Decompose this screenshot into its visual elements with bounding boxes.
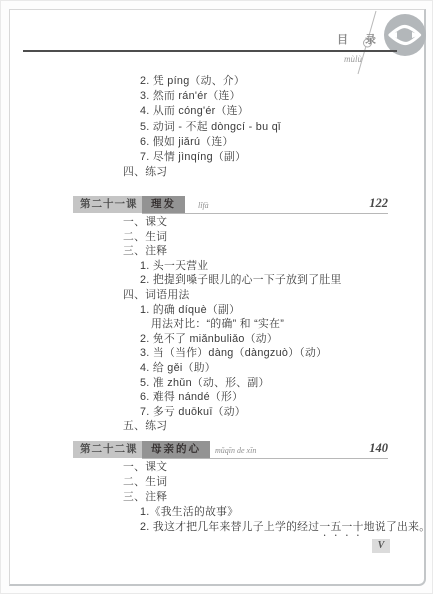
lesson-21-toc-list: 一、课文 二、生词 三、注释 1. 头一天营业 2. 把提到嗓子眼儿的心一下子放… [10, 215, 430, 434]
toc-entry: 4. 从而 cóng'ér（连） [10, 104, 430, 119]
lesson-21-bar: 第二十一课 理发 lǐfà 122 [73, 196, 388, 213]
toc-entry: 2. 把提到嗓子眼儿的心一下子放到了肚里 [10, 273, 430, 288]
toc-entry: 6. 难得 nándé（形） [10, 390, 430, 405]
toc-entry: 5. 动词 - 不起 dòngcí - bu qǐ [10, 120, 430, 135]
scanned-page-frame: 目 录 mùlù 2. 凭 píng（动、介） 3. 然而 rán'ér（连） … [0, 0, 433, 594]
toc-entry: 一、课文 [10, 215, 430, 230]
page-title: 目 录 [337, 31, 383, 47]
toc-entry: 1. 的确 díquè（副） [10, 303, 430, 318]
lesson-bar-rule [142, 458, 388, 459]
toc-entry: 一、课文 [10, 460, 430, 475]
lesson-title: 母亲的心 [142, 441, 210, 458]
toc-entry: 7. 多亏 duōkuī（动） [10, 405, 430, 420]
toc-entry: 2. 凭 píng（动、介） [10, 74, 430, 89]
toc-entry: 1.《我生活的故事》 [10, 505, 430, 520]
emphasized-phrase: 头一天 [153, 260, 186, 272]
page-number-badge: V [372, 539, 390, 553]
toc-entry: 3. 当（当作）dàng（dàngzuò）（动） [10, 346, 430, 361]
lesson-title-pinyin: mǔqīn de xīn [215, 446, 256, 455]
lesson-22-toc-list: 一、课文 二、生词 三、注释 1.《我生活的故事》 2. 我这才把几年来替儿子上… [10, 460, 430, 535]
lesson-page-number: 122 [369, 196, 388, 211]
lesson-number-label: 第二十一课 [73, 196, 145, 213]
lesson-title: 理发 [142, 196, 185, 213]
toc-entry: 三、注释 [10, 244, 430, 259]
toc-entry: 四、练习 [10, 165, 430, 180]
lesson-22-bar: 第二十二课 母亲的心 mǔqīn de xīn 140 [73, 441, 388, 458]
toc-entry: 二、生词 [10, 475, 430, 490]
header-rule [23, 50, 397, 52]
toc-entry: 4. 给 gěi（助） [10, 361, 430, 376]
toc-entry: 2. 我这才把几年来替儿子上学的经过一五一十地说了出来。 [10, 520, 430, 535]
toc-entry: 三、注释 [10, 490, 430, 505]
toc-entry: 3. 然而 rán'ér（连） [10, 89, 430, 104]
toc-entry: 二、生词 [10, 230, 430, 245]
toc-list-continuation: 2. 凭 píng（动、介） 3. 然而 rán'ér（连） 4. 从而 cón… [10, 74, 430, 180]
lesson-number-label: 第二十二课 [73, 441, 145, 458]
lesson-title-pinyin: lǐfà [198, 201, 209, 210]
toc-entry: 7. 尽情 jìnqíng（副） [10, 150, 430, 165]
toc-entry: 2. 免不了 miǎnbuliǎo（动） [10, 332, 430, 347]
toc-entry: 5. 准 zhǔn（动、形、副） [10, 376, 430, 391]
lesson-bar-rule [142, 213, 388, 214]
emphasized-phrase: 一五一十 [319, 521, 363, 533]
lesson-page-number: 140 [369, 441, 388, 456]
toc-entry: 五、练习 [10, 419, 430, 434]
toc-entry: 用法对比：“的确” 和 “实在” [10, 317, 430, 332]
toc-entry: 1. 头一天营业 [10, 259, 430, 274]
toc-entry: 6. 假如 jiǎrú（连） [10, 135, 430, 150]
toc-entry: 四、词语用法 [10, 288, 430, 303]
page-title-pinyin: mùlù [344, 54, 362, 64]
book-page: 目 录 mùlù 2. 凭 píng（动、介） 3. 然而 rán'ér（连） … [9, 9, 426, 586]
